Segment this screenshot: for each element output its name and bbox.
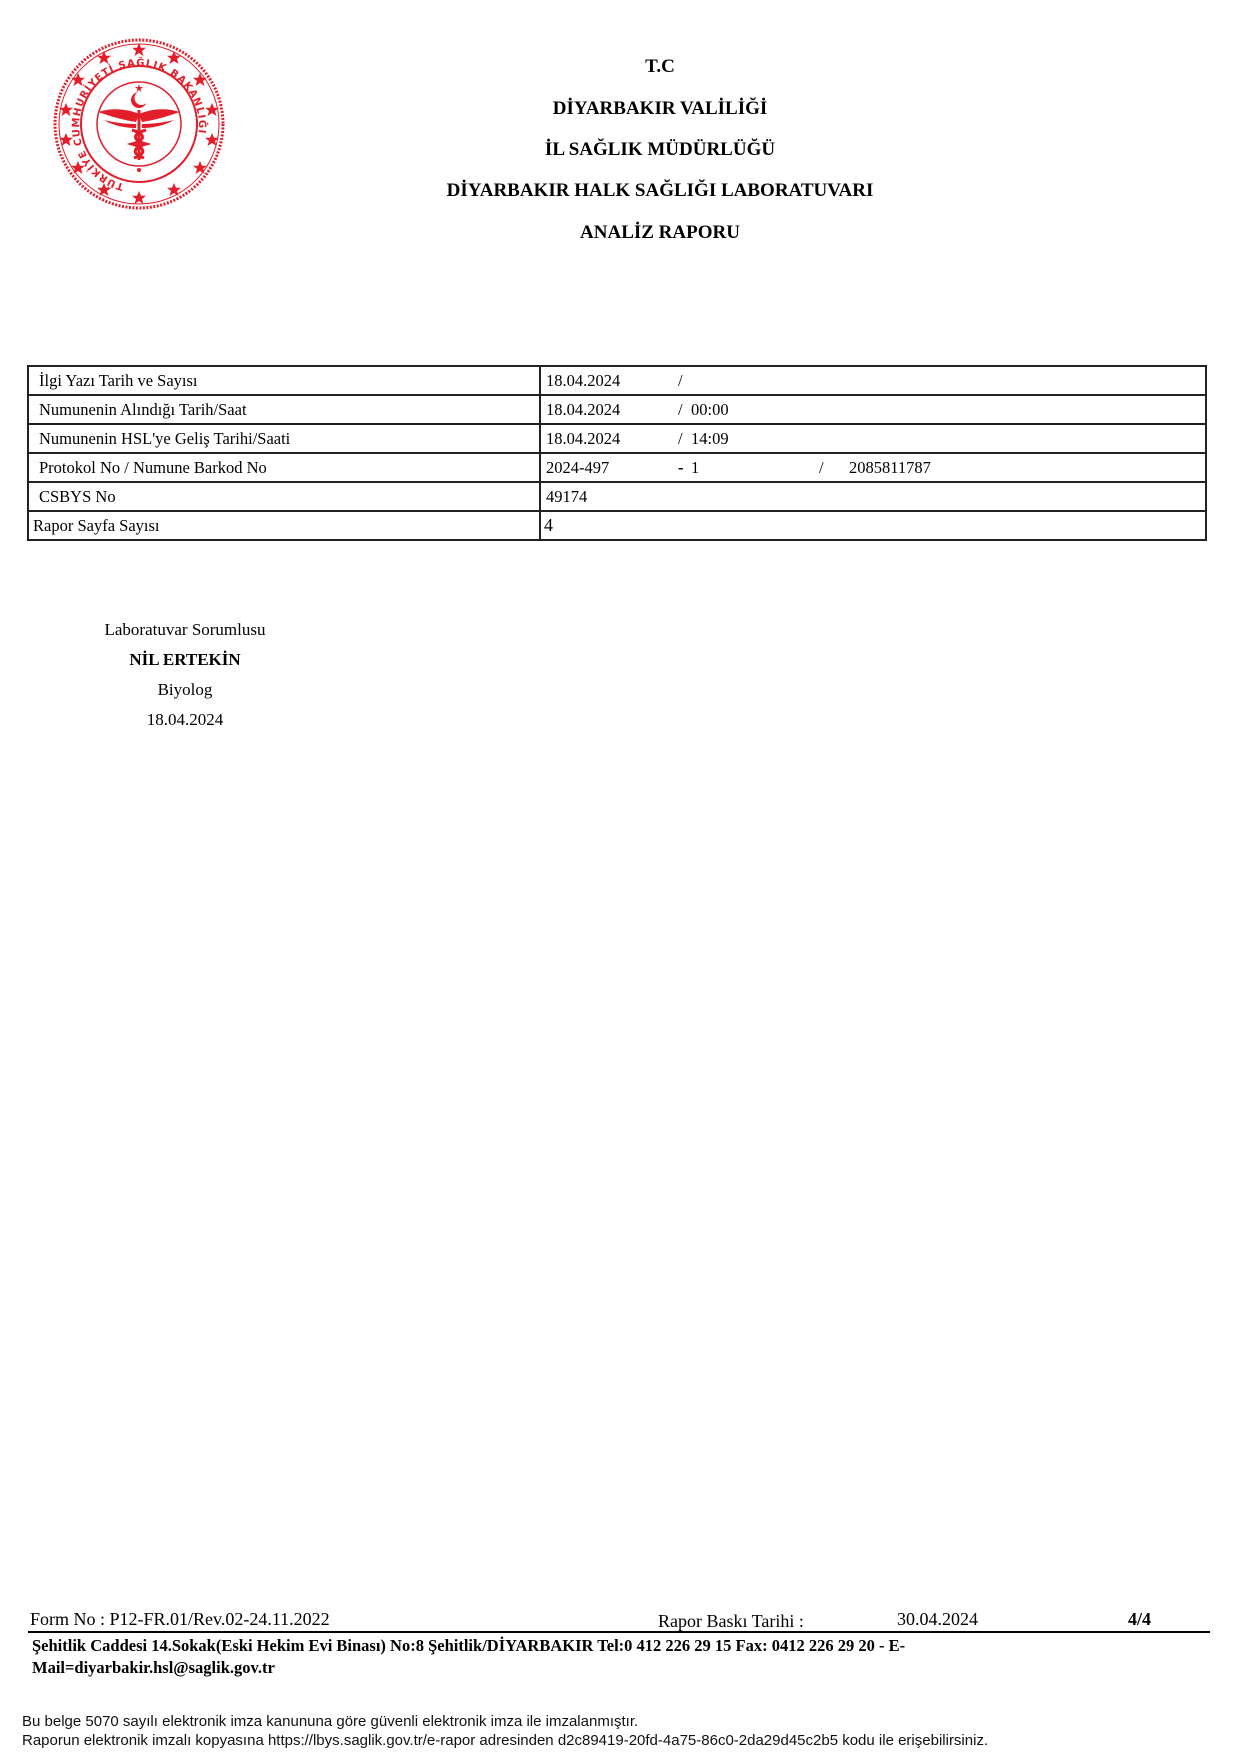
signature-date: 18.04.2024	[80, 710, 290, 730]
header-tc: T.C	[400, 56, 920, 78]
form-number: Form No : P12-FR.01/Rev.02-24.11.2022	[30, 1609, 330, 1630]
row-label: İlgi Yazı Tarih ve Sayısı	[28, 366, 540, 395]
arrival-time: 14:09	[691, 429, 729, 449]
table-row: İlgi Yazı Tarih ve Sayısı 18.04.2024 /	[28, 366, 1206, 395]
report-title: ANALİZ RAPORU	[400, 222, 920, 244]
row-label: Rapor Sayfa Sayısı	[28, 511, 540, 540]
e-report-access-notice: Raporun elektronik imzalı kopyasına http…	[22, 1732, 988, 1749]
separator: /	[678, 429, 683, 449]
row-value: 18.04.2024 /	[540, 366, 1206, 395]
page-count: 4	[540, 511, 1206, 540]
separator: /	[678, 371, 683, 391]
footer-divider	[28, 1631, 1210, 1633]
protocol-number: 2024-497	[546, 458, 609, 478]
table-row: Protokol No / Numune Barkod No 2024-497 …	[28, 453, 1206, 482]
sample-barcode: 2085811787	[849, 458, 931, 478]
row-label: Numunenin Alındığı Tarih/Saat	[28, 395, 540, 424]
row-label: Numunenin HSL'ye Geliş Tarihi/Saati	[28, 424, 540, 453]
report-info-table: İlgi Yazı Tarih ve Sayısı 18.04.2024 / N…	[27, 365, 1207, 541]
row-value: 18.04.2024 / 14:09	[540, 424, 1206, 453]
print-date-label: Rapor Baskı Tarihi :	[658, 1611, 804, 1632]
signatory-name: NİL ERTEKİN	[80, 650, 290, 670]
row-value: 18.04.2024 / 00:00	[540, 395, 1206, 424]
header-health-directorate: İL SAĞLIK MÜDÜRLÜĞÜ	[400, 139, 920, 161]
csbys-number: 49174	[540, 482, 1206, 511]
table-row: Rapor Sayfa Sayısı 4	[28, 511, 1206, 540]
row-label: Protokol No / Numune Barkod No	[28, 453, 540, 482]
table-row: Numunenin Alındığı Tarih/Saat 18.04.2024…	[28, 395, 1206, 424]
signature-title: Laboratuvar Sorumlusu	[80, 620, 290, 640]
print-date: 30.04.2024	[897, 1609, 978, 1630]
ministry-seal-logo: TÜRKİYE CUMHURİYETİ SAĞLIK BAKANLIĞI	[50, 36, 228, 212]
header-laboratory: DİYARBAKIR HALK SAĞLIĞI LABORATUVARI	[400, 180, 920, 202]
table-row: Numunenin HSL'ye Geliş Tarihi/Saati 18.0…	[28, 424, 1206, 453]
row-value: 2024-497 - 1 / 2085811787	[540, 453, 1206, 482]
separator: /	[678, 400, 683, 420]
e-signature-notice: Bu belge 5070 sayılı elektronik imza kan…	[22, 1713, 638, 1730]
sample-date: 18.04.2024	[546, 400, 620, 420]
sample-time: 00:00	[691, 400, 729, 420]
row-label: CSBYS No	[28, 482, 540, 511]
ministry-of-health-seal-icon: TÜRKİYE CUMHURİYETİ SAĞLIK BAKANLIĞI	[50, 36, 228, 212]
protocol-sub-number: 1	[691, 458, 699, 478]
header-governorship: DİYARBAKIR VALİLİĞİ	[400, 98, 920, 120]
reference-date: 18.04.2024	[546, 371, 620, 391]
contact-address: Şehitlik Caddesi 14.Sokak(Eski Hekim Evi…	[32, 1635, 1092, 1679]
arrival-date: 18.04.2024	[546, 429, 620, 449]
dash-separator: -	[678, 458, 684, 478]
table-row: CSBYS No 49174	[28, 482, 1206, 511]
signatory-role: Biyolog	[80, 680, 290, 700]
separator: /	[819, 458, 824, 478]
page-number: 4/4	[1128, 1609, 1151, 1630]
